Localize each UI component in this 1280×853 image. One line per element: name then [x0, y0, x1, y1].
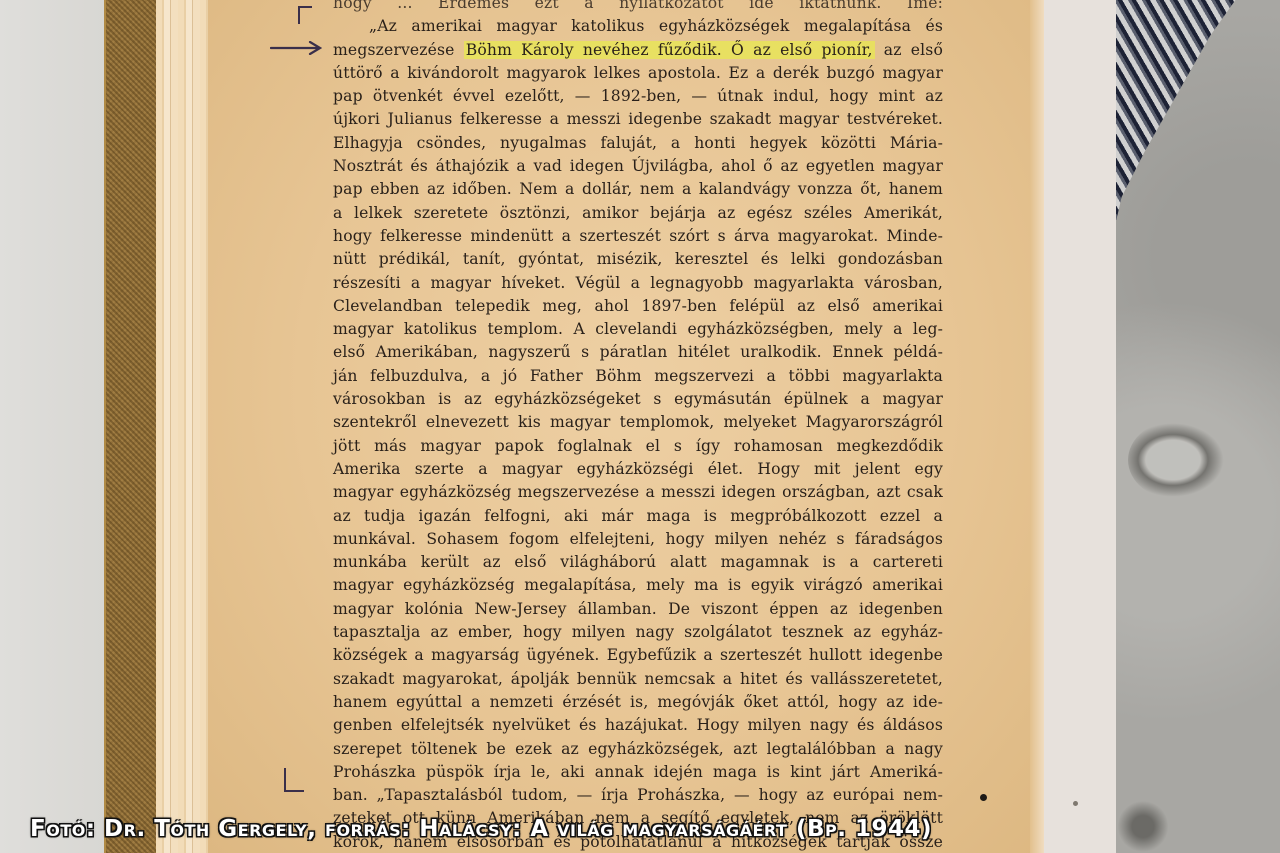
highlighted-text: Böhm Károly nevéhez fűződik. Ő az első p…: [464, 41, 875, 59]
ornamental-frame: [1116, 0, 1236, 220]
text-line: genben elfelejtsék nyelvüket és hazájuka…: [333, 714, 943, 737]
book-page-edges: [156, 0, 208, 853]
text-line: hogy felkeresse mindenütt a szerteszét s…: [333, 225, 943, 248]
text-line: Clevelandban telepedik meg, ahol 1897-be…: [333, 295, 943, 318]
ink-spot: [980, 794, 987, 801]
text-line: szakadt magyarokat, ápolják bennük nemcs…: [333, 668, 943, 691]
text-line: az tudja igazán felfogni, aki már maga i…: [333, 505, 943, 528]
page-text: hogy ... Érdemes ezt a nyilatkozatot ide…: [333, 0, 943, 853]
facing-page-margin: [1044, 0, 1116, 853]
text-line: ján felbuzdulva, a jó Father Böhm megsze…: [333, 365, 943, 388]
text-line: pap ebben az időben. Nem a dollár, nem a…: [333, 178, 943, 201]
arrow-right-icon: [270, 41, 322, 55]
photo-stain: [1118, 800, 1168, 853]
text-line: magyar egyházközség megszervezése a mess…: [333, 481, 943, 504]
text-line: újkori Julianus felkeresse a messzi ideg…: [333, 108, 943, 131]
text-line: szerepet töltenek be ezek az egyházközsé…: [333, 738, 943, 761]
text-line: városokban is az egyházközségeket s egym…: [333, 388, 943, 411]
text-line: a lelkek szeretete ösztönzi, amikor bejá…: [333, 202, 943, 225]
text-line: „Az amerikai magyar katolikus egyházközs…: [333, 15, 943, 38]
text-line: úttörő a kivándorolt magyarok lelkes apo…: [333, 62, 943, 85]
text-line: részesíti a magyar híveket. Végül a legn…: [333, 272, 943, 295]
text-line: magyar egyházközség megalapítása, mely m…: [333, 574, 943, 597]
text-line-highlighted: megszervezése Böhm Károly nevéhez fűződi…: [333, 39, 943, 62]
text-line: szentekről elnevezett kis magyar templom…: [333, 411, 943, 434]
text-segment: az első: [875, 41, 943, 59]
text-line: községek a magyarság ügyének. Egybefűzik…: [333, 644, 943, 667]
text-line: jött más magyar papok foglalnak el s így…: [333, 435, 943, 458]
text-line: munkával. Sohasem fogom elfelejteni, hog…: [333, 528, 943, 551]
bracket-top-mark-icon: [298, 6, 312, 24]
bracket-bottom-mark-icon: [284, 768, 304, 792]
text-line: pap ötvenkét évvel ezelőtt, — 1892-ben, …: [333, 85, 943, 108]
text-line: Prohászka püspök írja le, aki annak idej…: [333, 761, 943, 784]
text-line: első Amerikában, nagyszerű s páratlan hi…: [333, 341, 943, 364]
text-line: magyar kolónia New-Jersey államban. De v…: [333, 598, 943, 621]
ink-spot: [1073, 801, 1078, 806]
text-line: hogy ... Érdemes ezt a nyilatkozatot ide…: [333, 0, 943, 15]
text-line: Nosztrát és áthajózik a vad idegen Újvil…: [333, 155, 943, 178]
text-line: ban. „Tapasztalásból tudom, — írja Prohá…: [333, 784, 943, 807]
text-line: nütt prédikál, tanít, gyóntat, misézik, …: [333, 248, 943, 271]
text-line: hanem egyúttal a nemzeti érzését is, meg…: [333, 691, 943, 714]
text-line: tapasztalja az ember, hogy milyen nagy s…: [333, 621, 943, 644]
portrait-figure: [1128, 420, 1228, 500]
text-segment: megszervezése: [333, 41, 464, 59]
book-spine-cloth: [104, 0, 158, 853]
text-line: Elhagyja csöndes, nyugalmas faluját, a h…: [333, 132, 943, 155]
text-line: magyar katolikus templom. A clevelandi e…: [333, 318, 943, 341]
text-line: Amerika szerte a magyar egyházközségi él…: [333, 458, 943, 481]
text-line: munkába került az első világháború alatt…: [333, 551, 943, 574]
table-background: [0, 0, 104, 853]
page-edge-shadow: [1030, 0, 1044, 853]
facing-page-photo: [1116, 0, 1280, 853]
photo-credit-caption: Fotó: Dr. Tóth Gergely, forrás: Halácsy:…: [30, 816, 932, 842]
